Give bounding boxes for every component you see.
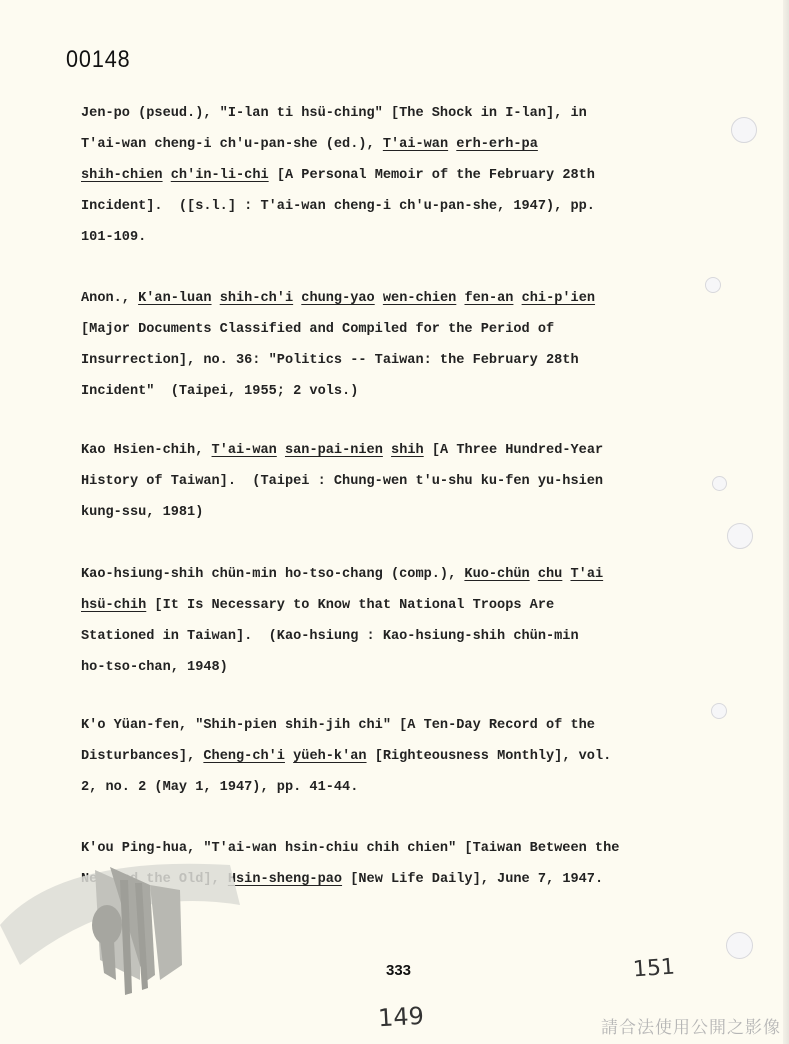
bibliography-entry: Anon., K'an-luan shih-ch'i chung-yao wen…	[81, 283, 731, 407]
archive-logo-icon	[0, 845, 250, 1044]
entry-text: Kao-hsiung-shih chün-min ho-tso-chang (c…	[81, 567, 464, 582]
entry-line: Kao Hsien-chih, T'ai-wan san-pai-nien sh…	[81, 435, 731, 466]
underlined-title: Kuo-chün	[464, 567, 529, 582]
entry-line: ho-tso-chan, 1948)	[81, 652, 731, 683]
underlined-title: ch'in-li-chi	[171, 168, 269, 183]
punch-hole	[705, 277, 721, 293]
entry-text	[163, 168, 171, 183]
handwritten-annotation: 149	[377, 1002, 424, 1032]
underlined-title: erh-erh-pa	[456, 137, 538, 152]
entry-line: Insurrection], no. 36: "Politics -- Taiw…	[81, 345, 731, 376]
punch-hole	[711, 703, 727, 719]
document-number: 00148	[66, 46, 131, 74]
entry-text: Disturbances],	[81, 749, 203, 764]
underlined-title: fen-an	[464, 291, 513, 306]
underlined-title: Cheng-ch'i	[203, 749, 285, 764]
punch-hole	[726, 932, 753, 959]
entry-text: 101-109.	[81, 230, 146, 245]
underlined-title: shih-chien	[81, 168, 163, 183]
entry-text: Anon.,	[81, 291, 138, 306]
page-edge	[783, 0, 789, 1044]
bibliography-entry: Kao Hsien-chih, T'ai-wan san-pai-nien sh…	[81, 435, 731, 528]
underlined-title: wen-chien	[383, 291, 456, 306]
underlined-title: chung-yao	[301, 291, 374, 306]
entry-text	[383, 443, 391, 458]
underlined-title: san-pai-nien	[285, 443, 383, 458]
entry-text: Incident]. ([s.l.] : T'ai-wan cheng-i ch…	[81, 199, 595, 214]
entry-text: K'o Yüan-fen, "Shih-pien shih-jih chi" […	[81, 718, 595, 733]
underlined-title: shih	[391, 443, 424, 458]
entry-text: ho-tso-chan, 1948)	[81, 660, 228, 675]
entry-text: Incident" (Taipei, 1955; 2 vols.)	[81, 384, 358, 399]
entry-line: Incident]. ([s.l.] : T'ai-wan cheng-i ch…	[81, 191, 731, 222]
entry-line: Jen-po (pseud.), "I-lan ti hsü-ching" [T…	[81, 98, 731, 129]
entry-text: Insurrection], no. 36: "Politics -- Taiw…	[81, 353, 579, 368]
entry-line: kung-ssu, 1981)	[81, 497, 731, 528]
entry-text	[530, 567, 538, 582]
entry-text	[562, 567, 570, 582]
entry-line: [Major Documents Classified and Compiled…	[81, 314, 731, 345]
entry-line: 2, no. 2 (May 1, 1947), pp. 41-44.	[81, 772, 731, 803]
entry-line: shih-chien ch'in-li-chi [A Personal Memo…	[81, 160, 731, 191]
entry-line: hsü-chih [It Is Necessary to Know that N…	[81, 590, 731, 621]
entry-text: [A Personal Memoir of the February 28th	[269, 168, 595, 183]
underlined-title: shih-ch'i	[220, 291, 293, 306]
entry-line: History of Taiwan]. (Taipei : Chung-wen …	[81, 466, 731, 497]
punch-hole	[727, 523, 753, 549]
entry-text: Stationed in Taiwan]. (Kao-hsiung : Kao-…	[81, 629, 579, 644]
entry-text: [New Life Daily], June 7, 1947.	[342, 872, 603, 887]
entry-text: 2, no. 2 (May 1, 1947), pp. 41-44.	[81, 780, 358, 795]
bibliography-entry: Kao-hsiung-shih chün-min ho-tso-chang (c…	[81, 559, 731, 683]
entry-line: Stationed in Taiwan]. (Kao-hsiung : Kao-…	[81, 621, 731, 652]
underlined-title: yüeh-k'an	[293, 749, 366, 764]
entry-line: Kao-hsiung-shih chün-min ho-tso-chang (c…	[81, 559, 731, 590]
entry-line: Disturbances], Cheng-ch'i yüeh-k'an [Rig…	[81, 741, 731, 772]
entry-text	[513, 291, 521, 306]
underlined-title: T'ai-wan	[383, 137, 448, 152]
punch-hole	[731, 117, 757, 143]
handwritten-annotation: 151	[632, 955, 676, 983]
underlined-title: T'ai-wan	[212, 443, 277, 458]
bibliography-entry: Jen-po (pseud.), "I-lan ti hsü-ching" [T…	[81, 98, 731, 253]
entry-text: [Major Documents Classified and Compiled…	[81, 322, 554, 337]
entry-text: kung-ssu, 1981)	[81, 505, 203, 520]
entry-line: K'o Yüan-fen, "Shih-pien shih-jih chi" […	[81, 710, 731, 741]
bibliography-entry: K'o Yüan-fen, "Shih-pien shih-jih chi" […	[81, 710, 731, 803]
entry-text: Jen-po (pseud.), "I-lan ti hsü-ching" [T…	[81, 106, 587, 121]
entry-text: [Righteousness Monthly], vol.	[367, 749, 612, 764]
underlined-title: hsü-chih	[81, 598, 146, 613]
entry-text	[212, 291, 220, 306]
underlined-title: chi-p'ien	[522, 291, 595, 306]
underlined-title: K'an-luan	[138, 291, 211, 306]
entry-text: History of Taiwan]. (Taipei : Chung-wen …	[81, 474, 603, 489]
punch-hole	[712, 476, 727, 491]
entry-line: T'ai-wan cheng-i ch'u-pan-she (ed.), T'a…	[81, 129, 731, 160]
entry-text: [It Is Necessary to Know that National T…	[146, 598, 554, 613]
entry-text: T'ai-wan cheng-i ch'u-pan-she (ed.),	[81, 137, 383, 152]
document-page: 00148 Jen-po (pseud.), "I-lan ti hsü-chi…	[0, 0, 789, 1044]
entry-text: [A Three Hundred-Year	[424, 443, 603, 458]
underlined-title: chu	[538, 567, 562, 582]
entry-text	[375, 291, 383, 306]
entry-line: 101-109.	[81, 222, 731, 253]
entry-text	[277, 443, 285, 458]
entry-text	[285, 749, 293, 764]
entry-text: Kao Hsien-chih,	[81, 443, 212, 458]
underlined-title: T'ai	[571, 567, 604, 582]
watermark-text: 請合法使用公開之影像	[601, 1013, 781, 1038]
entry-line: Incident" (Taipei, 1955; 2 vols.)	[81, 376, 731, 407]
page-number: 333	[386, 962, 411, 979]
entry-line: Anon., K'an-luan shih-ch'i chung-yao wen…	[81, 283, 731, 314]
